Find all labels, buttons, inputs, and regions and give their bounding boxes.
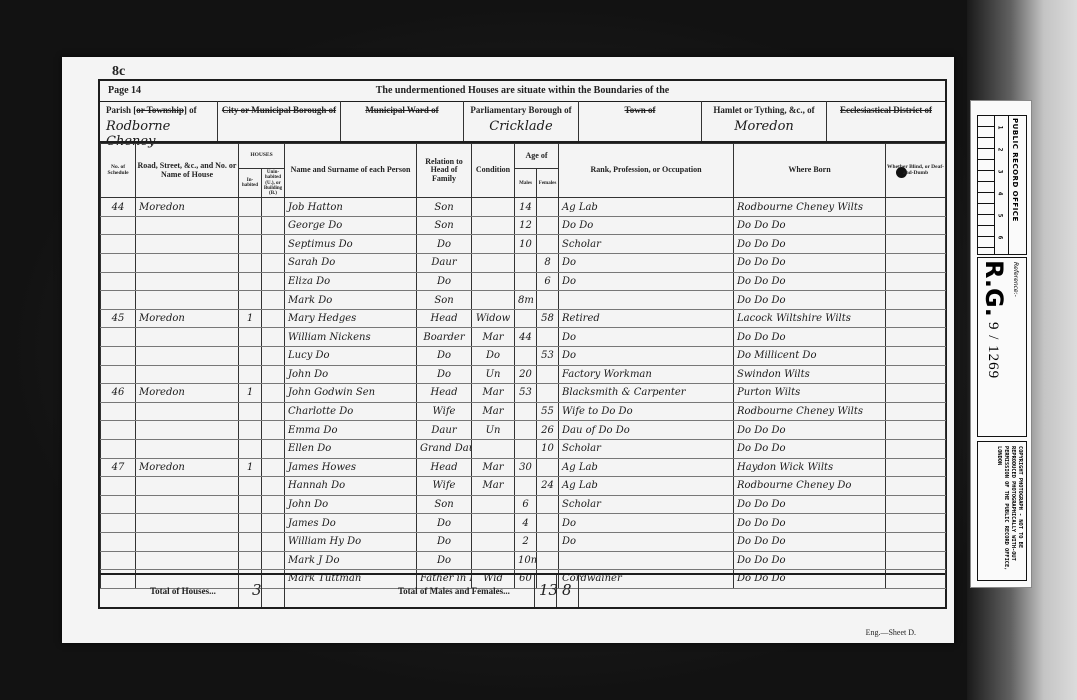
cell-relation: Head (417, 309, 472, 328)
cell-uninhabited (262, 477, 285, 496)
cell-road (136, 551, 239, 570)
cell-schedule (101, 328, 136, 347)
table-row: 47Moredon1James HowesHeadMar30Ag LabHayd… (101, 458, 946, 477)
cell-relation: Do (417, 272, 472, 291)
cell-female-age: 8 (537, 254, 559, 273)
cell-relation: Do (417, 347, 472, 366)
cell-name: Lucy Do (285, 347, 417, 366)
cell-relation: Grand Daur (417, 439, 472, 458)
cell-uninhabited (262, 495, 285, 514)
cell-born: Lacock Wiltshire Wilts (734, 309, 886, 328)
cell-blind (886, 495, 946, 514)
cell-schedule (101, 532, 136, 551)
cell-inhabited (239, 495, 262, 514)
cell-road (136, 216, 239, 235)
area-parish: Parish [or Township] of Rodborne Cheney (100, 101, 218, 141)
cell-inhabited (239, 421, 262, 440)
cell-road (136, 402, 239, 421)
cell-relation: Do (417, 532, 472, 551)
folio-mark: 8c (112, 64, 125, 80)
cell-female-age: 55 (537, 402, 559, 421)
census-table: No. of Schedule Road, Street, &c., and N… (100, 143, 946, 589)
cell-road (136, 347, 239, 366)
cell-male-age: 44 (515, 328, 537, 347)
cell-uninhabited (262, 439, 285, 458)
cell-uninhabited (262, 347, 285, 366)
cell-schedule (101, 402, 136, 421)
cell-born: Do Do Do (734, 216, 886, 235)
cell-male-age: 30 (515, 458, 537, 477)
cell-born: Haydon Wick Wilts (734, 458, 886, 477)
cell-road (136, 235, 239, 254)
cell-relation: Do (417, 514, 472, 533)
cell-male-age: 12 (515, 216, 537, 235)
reference-strip: 1 2 3 4 5 6 PUBLIC RECORD OFFICE R.G. 9 … (970, 100, 1032, 588)
col-where-born: Where Born (734, 144, 886, 198)
cell-road: Moredon (136, 198, 239, 217)
cell-name: John Do (285, 495, 417, 514)
form-header-bar: Page 14 The undermentioned Houses are si… (100, 81, 945, 102)
cell-name: George Do (285, 216, 417, 235)
table-row: John DoDoUn20Factory WorkmanSwindon Wilt… (101, 365, 946, 384)
cell-inhabited (239, 216, 262, 235)
cell-blind (886, 198, 946, 217)
cell-occupation: Dau of Do Do (559, 421, 734, 440)
cell-female-age (537, 495, 559, 514)
cell-occupation: Do (559, 347, 734, 366)
cell-female-age: 58 (537, 309, 559, 328)
cell-schedule (101, 254, 136, 273)
cell-occupation: Do (559, 272, 734, 291)
cell-relation: Do (417, 551, 472, 570)
cell-female-age (537, 458, 559, 477)
cell-road: Moredon (136, 309, 239, 328)
cell-relation: Do (417, 235, 472, 254)
cell-male-age: 8m (515, 291, 537, 310)
cell-road: Moredon (136, 384, 239, 403)
cell-occupation: Ag Lab (559, 458, 734, 477)
col-age: Age of (515, 144, 559, 169)
cell-uninhabited (262, 309, 285, 328)
cell-condition: Mar (472, 458, 515, 477)
table-row: 44MoredonJob HattonSon14Ag LabRodbourne … (101, 198, 946, 217)
cell-born: Do Do Do (734, 291, 886, 310)
cell-born: Do Do Do (734, 514, 886, 533)
cell-occupation: Scholar (559, 439, 734, 458)
table-row: 46Moredon1John Godwin SenHeadMar53Blacks… (101, 384, 946, 403)
cell-road (136, 291, 239, 310)
cell-condition (472, 495, 515, 514)
sheet-reference: Eng.—Sheet D. (866, 628, 916, 637)
table-row: William Hy DoDo2DoDo Do Do (101, 532, 946, 551)
cell-road (136, 495, 239, 514)
cell-inhabited (239, 254, 262, 273)
cell-schedule (101, 291, 136, 310)
cell-blind (886, 272, 946, 291)
cell-male-age: 10m (515, 551, 537, 570)
area-municipal-borough: City or Municipal Borough of (218, 101, 341, 141)
cell-uninhabited (262, 198, 285, 217)
cell-condition: Do (472, 347, 515, 366)
cell-male-age (515, 439, 537, 458)
cell-occupation: Do (559, 532, 734, 551)
table-row: 45Moredon1Mary HedgesHeadWidow58RetiredL… (101, 309, 946, 328)
ruler-ticks (978, 116, 995, 254)
cell-inhabited (239, 198, 262, 217)
cell-name: Septimus Do (285, 235, 417, 254)
cell-inhabited (239, 365, 262, 384)
cell-road (136, 439, 239, 458)
cell-name: William Hy Do (285, 532, 417, 551)
cell-condition (472, 235, 515, 254)
cell-uninhabited (262, 235, 285, 254)
cell-condition: Un (472, 365, 515, 384)
cell-female-age (537, 365, 559, 384)
cell-occupation: Factory Workman (559, 365, 734, 384)
cell-female-age (537, 551, 559, 570)
cell-blind (886, 439, 946, 458)
boundaries-heading: The undermentioned Houses are situate wi… (100, 85, 945, 96)
cell-schedule (101, 439, 136, 458)
cell-blind (886, 402, 946, 421)
col-schedule: No. of Schedule (101, 144, 136, 198)
cell-name: Eliza Do (285, 272, 417, 291)
cell-uninhabited (262, 532, 285, 551)
cell-inhabited (239, 477, 262, 496)
cell-female-age: 26 (537, 421, 559, 440)
cell-name: Sarah Do (285, 254, 417, 273)
col-inhabited: In-habited (239, 169, 262, 198)
table-row: George DoSon12Do DoDo Do Do (101, 216, 946, 235)
cell-female-age (537, 532, 559, 551)
cell-relation: Wife (417, 402, 472, 421)
cell-blind (886, 551, 946, 570)
cell-uninhabited (262, 216, 285, 235)
cell-occupation: Retired (559, 309, 734, 328)
cell-uninhabited (262, 551, 285, 570)
cell-male-age: 6 (515, 495, 537, 514)
table-row: Mark J DoDo10mDo Do Do (101, 551, 946, 570)
cell-born: Do Do Do (734, 328, 886, 347)
cell-road (136, 514, 239, 533)
cell-female-age (537, 514, 559, 533)
cell-condition (472, 514, 515, 533)
cell-uninhabited (262, 254, 285, 273)
cell-condition (472, 254, 515, 273)
cell-condition: Widow (472, 309, 515, 328)
cell-male-age: 14 (515, 198, 537, 217)
cell-road (136, 365, 239, 384)
cell-condition (472, 551, 515, 570)
public-record-office-label: PUBLIC RECORD OFFICE (1005, 103, 1019, 237)
cell-born: Do Do Do (734, 254, 886, 273)
cell-inhabited: 1 (239, 384, 262, 403)
cell-inhabited (239, 551, 262, 570)
cell-schedule: 45 (101, 309, 136, 328)
cell-female-age: 6 (537, 272, 559, 291)
copyright-notice: COPYRIGHT PHOTOGRAPH - NOT TO BE REPRODU… (977, 441, 1027, 581)
cell-road (136, 532, 239, 551)
ruler: 1 2 3 4 5 6 (977, 115, 1027, 255)
table-row: Sarah DoDaur8DoDo Do Do (101, 254, 946, 273)
cell-name: Charlotte Do (285, 402, 417, 421)
cell-relation: Son (417, 291, 472, 310)
cell-relation: Boarder (417, 328, 472, 347)
cell-female-age (537, 328, 559, 347)
cell-schedule (101, 477, 136, 496)
cell-name: John Do (285, 365, 417, 384)
reference-label: Reference:- (1012, 262, 1019, 297)
cell-male-age: 53 (515, 384, 537, 403)
cell-born: Do Millicent Do (734, 347, 886, 366)
col-condition: Condition (472, 144, 515, 198)
col-uninhabited: Unin-habited (U.), or Building (B.) (262, 169, 285, 198)
cell-schedule (101, 235, 136, 254)
cell-occupation: Do Do (559, 216, 734, 235)
cell-condition (472, 291, 515, 310)
cell-born: Do Do Do (734, 495, 886, 514)
cell-name: Mark J Do (285, 551, 417, 570)
cell-inhabited (239, 235, 262, 254)
area-parliamentary-borough: Parliamentary Borough of Cricklade (464, 101, 579, 141)
census-form: Page 14 The undermentioned Houses are si… (98, 79, 947, 609)
table-row: John DoSon6ScholarDo Do Do (101, 495, 946, 514)
cell-born: Do Do Do (734, 235, 886, 254)
cell-uninhabited (262, 458, 285, 477)
total-houses-value: 3 (252, 581, 262, 599)
cell-uninhabited (262, 272, 285, 291)
cell-condition: Mar (472, 384, 515, 403)
cell-schedule (101, 347, 136, 366)
cell-road (136, 477, 239, 496)
cell-male-age (515, 421, 537, 440)
cell-born: Do Do Do (734, 439, 886, 458)
cell-blind (886, 532, 946, 551)
area-municipal-ward: Municipal Ward of (341, 101, 464, 141)
cell-schedule (101, 421, 136, 440)
cell-blind (886, 328, 946, 347)
cell-condition: Mar (472, 402, 515, 421)
cell-born: Swindon Wilts (734, 365, 886, 384)
cell-relation: Son (417, 198, 472, 217)
census-rows: 44MoredonJob HattonSon14Ag LabRodbourne … (101, 198, 946, 588)
cell-schedule (101, 365, 136, 384)
cell-male-age: 2 (515, 532, 537, 551)
cell-born: Purton Wilts (734, 384, 886, 403)
table-row: Hannah DoWifeMar24Ag LabRodbourne Cheney… (101, 477, 946, 496)
cell-blind (886, 347, 946, 366)
table-row: Eliza DoDo6DoDo Do Do (101, 272, 946, 291)
cell-uninhabited (262, 365, 285, 384)
cell-relation: Son (417, 216, 472, 235)
col-females: Females (537, 169, 559, 198)
cell-schedule: 44 (101, 198, 136, 217)
cell-male-age: 10 (515, 235, 537, 254)
area-town: Town of (579, 101, 702, 141)
cell-male-age (515, 477, 537, 496)
piece-number: 9 / 1269 (984, 322, 1001, 379)
cell-female-age: 53 (537, 347, 559, 366)
cell-male-age (515, 402, 537, 421)
borough-value: Cricklade (464, 119, 578, 134)
cell-inhabited (239, 328, 262, 347)
cell-female-age (537, 291, 559, 310)
cell-uninhabited (262, 514, 285, 533)
cell-relation: Head (417, 458, 472, 477)
col-name: Name and Surname of each Person (285, 144, 417, 198)
cell-name: James Howes (285, 458, 417, 477)
cell-relation: Do (417, 365, 472, 384)
area-hamlet: Hamlet or Tything, &c., of Moredon (702, 101, 827, 141)
cell-female-age (537, 235, 559, 254)
cell-schedule: 46 (101, 384, 136, 403)
cell-blind (886, 235, 946, 254)
cell-schedule (101, 272, 136, 291)
cell-condition: Mar (472, 477, 515, 496)
cell-born: Do Do Do (734, 272, 886, 291)
cell-condition (472, 272, 515, 291)
cell-male-age: 20 (515, 365, 537, 384)
cell-blind (886, 458, 946, 477)
cell-inhabited: 1 (239, 458, 262, 477)
census-page: 8c Page 14 The undermentioned Houses are… (62, 57, 954, 643)
cell-blind (886, 216, 946, 235)
total-females-value: 8 (562, 581, 572, 599)
cell-female-age: 10 (537, 439, 559, 458)
cell-condition (472, 198, 515, 217)
cell-inhabited (239, 291, 262, 310)
cell-born: Rodbourne Cheney Wilts (734, 198, 886, 217)
cell-condition (472, 439, 515, 458)
col-blind-deaf: Whether Blind, or Deaf-and-Dumb (886, 144, 946, 198)
cell-born: Do Do Do (734, 421, 886, 440)
table-row: Emma DoDaurUn26Dau of Do DoDo Do Do (101, 421, 946, 440)
cell-name: James Do (285, 514, 417, 533)
cell-blind (886, 365, 946, 384)
cell-schedule (101, 216, 136, 235)
cell-condition (472, 532, 515, 551)
cell-name: Emma Do (285, 421, 417, 440)
cell-inhabited (239, 402, 262, 421)
cell-inhabited: 1 (239, 309, 262, 328)
cell-born: Do Do Do (734, 532, 886, 551)
cell-name: Job Hatton (285, 198, 417, 217)
cell-male-age (515, 254, 537, 273)
cell-born: Rodbourne Cheney Wilts (734, 402, 886, 421)
cell-female-age (537, 384, 559, 403)
cell-occupation: Wife to Do Do (559, 402, 734, 421)
cell-relation: Head (417, 384, 472, 403)
table-row: James DoDo4DoDo Do Do (101, 514, 946, 533)
cell-female-age (537, 198, 559, 217)
cell-occupation: Ag Lab (559, 477, 734, 496)
cell-name: John Godwin Sen (285, 384, 417, 403)
cell-name: Ellen Do (285, 439, 417, 458)
total-males-value: 13 (539, 581, 558, 599)
cell-blind (886, 514, 946, 533)
cell-road (136, 272, 239, 291)
cell-male-age (515, 309, 537, 328)
cell-uninhabited (262, 291, 285, 310)
hamlet-value: Moredon (702, 119, 826, 134)
cell-occupation (559, 551, 734, 570)
cell-condition: Un (472, 421, 515, 440)
cell-occupation: Do (559, 328, 734, 347)
cell-schedule (101, 551, 136, 570)
cell-occupation (559, 291, 734, 310)
cell-uninhabited (262, 328, 285, 347)
total-houses-label: Total of Houses... (150, 586, 216, 596)
cell-condition (472, 216, 515, 235)
cell-schedule (101, 514, 136, 533)
cell-occupation: Blacksmith & Carpenter (559, 384, 734, 403)
table-row: Ellen DoGrand Daur10ScholarDo Do Do (101, 439, 946, 458)
table-row: Charlotte DoWifeMar55Wife to Do DoRodbou… (101, 402, 946, 421)
cell-uninhabited (262, 384, 285, 403)
cell-schedule (101, 495, 136, 514)
cell-male-age (515, 272, 537, 291)
totals-row: Total of Houses... 3 Total of Males and … (100, 573, 945, 607)
cell-name: Mary Hedges (285, 309, 417, 328)
col-relation: Relation to Head of Family (417, 144, 472, 198)
cell-condition: Mar (472, 328, 515, 347)
cell-uninhabited (262, 421, 285, 440)
table-row: William NickensBoarderMar44DoDo Do Do (101, 328, 946, 347)
table-row: Lucy DoDoDo53DoDo Millicent Do (101, 347, 946, 366)
cell-blind (886, 421, 946, 440)
cell-road (136, 254, 239, 273)
cell-relation: Son (417, 495, 472, 514)
cell-born: Rodbourne Cheney Do (734, 477, 886, 496)
table-row: Septimus DoDo10ScholarDo Do Do (101, 235, 946, 254)
area-headers: Parish [or Township] of Rodborne Cheney … (100, 101, 945, 143)
total-persons-label: Total of Males and Females... (398, 586, 510, 596)
reference-box: R.G. 9 / 1269 Reference:- (977, 257, 1027, 437)
cell-name: William Nickens (285, 328, 417, 347)
cell-female-age: 24 (537, 477, 559, 496)
cell-relation: Wife (417, 477, 472, 496)
col-houses: HOUSES (239, 144, 285, 169)
cell-born: Do Do Do (734, 551, 886, 570)
cell-blind (886, 254, 946, 273)
cell-inhabited (239, 439, 262, 458)
cell-blind (886, 477, 946, 496)
cell-occupation: Do (559, 514, 734, 533)
col-road: Road, Street, &c., and No. or Name of Ho… (136, 144, 239, 198)
cell-occupation: Do (559, 254, 734, 273)
series-code: R.G. (980, 260, 1008, 317)
cell-inhabited (239, 532, 262, 551)
col-males: Males (515, 169, 537, 198)
cell-road (136, 421, 239, 440)
col-occupation: Rank, Profession, or Occupation (559, 144, 734, 198)
table-row: Mark DoSon8mDo Do Do (101, 291, 946, 310)
cell-schedule: 47 (101, 458, 136, 477)
cell-blind (886, 384, 946, 403)
cell-occupation: Scholar (559, 495, 734, 514)
cell-name: Mark Do (285, 291, 417, 310)
cell-relation: Daur (417, 254, 472, 273)
cell-blind (886, 309, 946, 328)
cell-male-age (515, 347, 537, 366)
cell-relation: Daur (417, 421, 472, 440)
cell-road (136, 328, 239, 347)
cell-occupation: Scholar (559, 235, 734, 254)
cell-occupation: Ag Lab (559, 198, 734, 217)
cell-uninhabited (262, 402, 285, 421)
cell-inhabited (239, 514, 262, 533)
cell-female-age (537, 216, 559, 235)
